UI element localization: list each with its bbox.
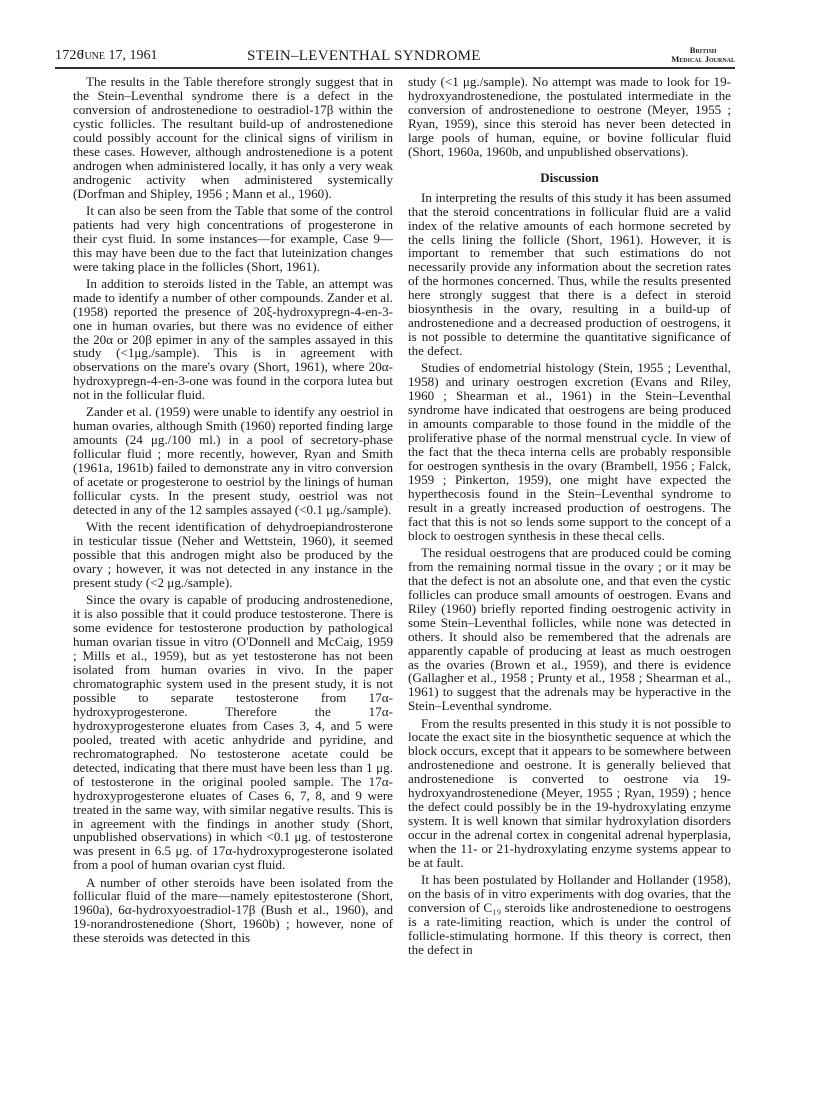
right-column: study (<1 μg./sample). No attempt was ma…: [408, 75, 731, 960]
left-column: The results in the Table therefore stron…: [73, 75, 393, 948]
journal-name: British Medical Journal: [671, 46, 735, 64]
issue-date: June 17, 1961: [79, 48, 158, 64]
running-title: STEIN–LEVENTHAL SYNDROME: [247, 48, 481, 65]
paragraph: A number of other steroids have been iso…: [73, 876, 393, 946]
paragraph: The residual oestrogens that are produce…: [408, 546, 731, 713]
section-heading-discussion: Discussion: [408, 171, 731, 185]
paragraph: From the results presented in this study…: [408, 717, 731, 870]
paragraph: In addition to steroids listed in the Ta…: [73, 277, 393, 403]
paragraph: It can also be seen from the Table that …: [73, 204, 393, 274]
paragraph: Since the ovary is capable of producing …: [73, 593, 393, 872]
paragraph: It has been postulated by Hollander and …: [408, 873, 731, 957]
header-rule: [55, 67, 735, 69]
paragraph: In interpreting the results of this stud…: [408, 191, 731, 358]
paragraph: The results in the Table therefore stron…: [73, 75, 393, 201]
paragraph-continuation: study (<1 μg./sample). No attempt was ma…: [408, 75, 731, 159]
paragraph: With the recent identification of dehydr…: [73, 520, 393, 590]
paragraph: Zander et al. (1959) were unable to iden…: [73, 405, 393, 517]
journal-name-line2: Medical Journal: [671, 55, 735, 64]
paragraph: Studies of endometrial histology (Stein,…: [408, 361, 731, 542]
